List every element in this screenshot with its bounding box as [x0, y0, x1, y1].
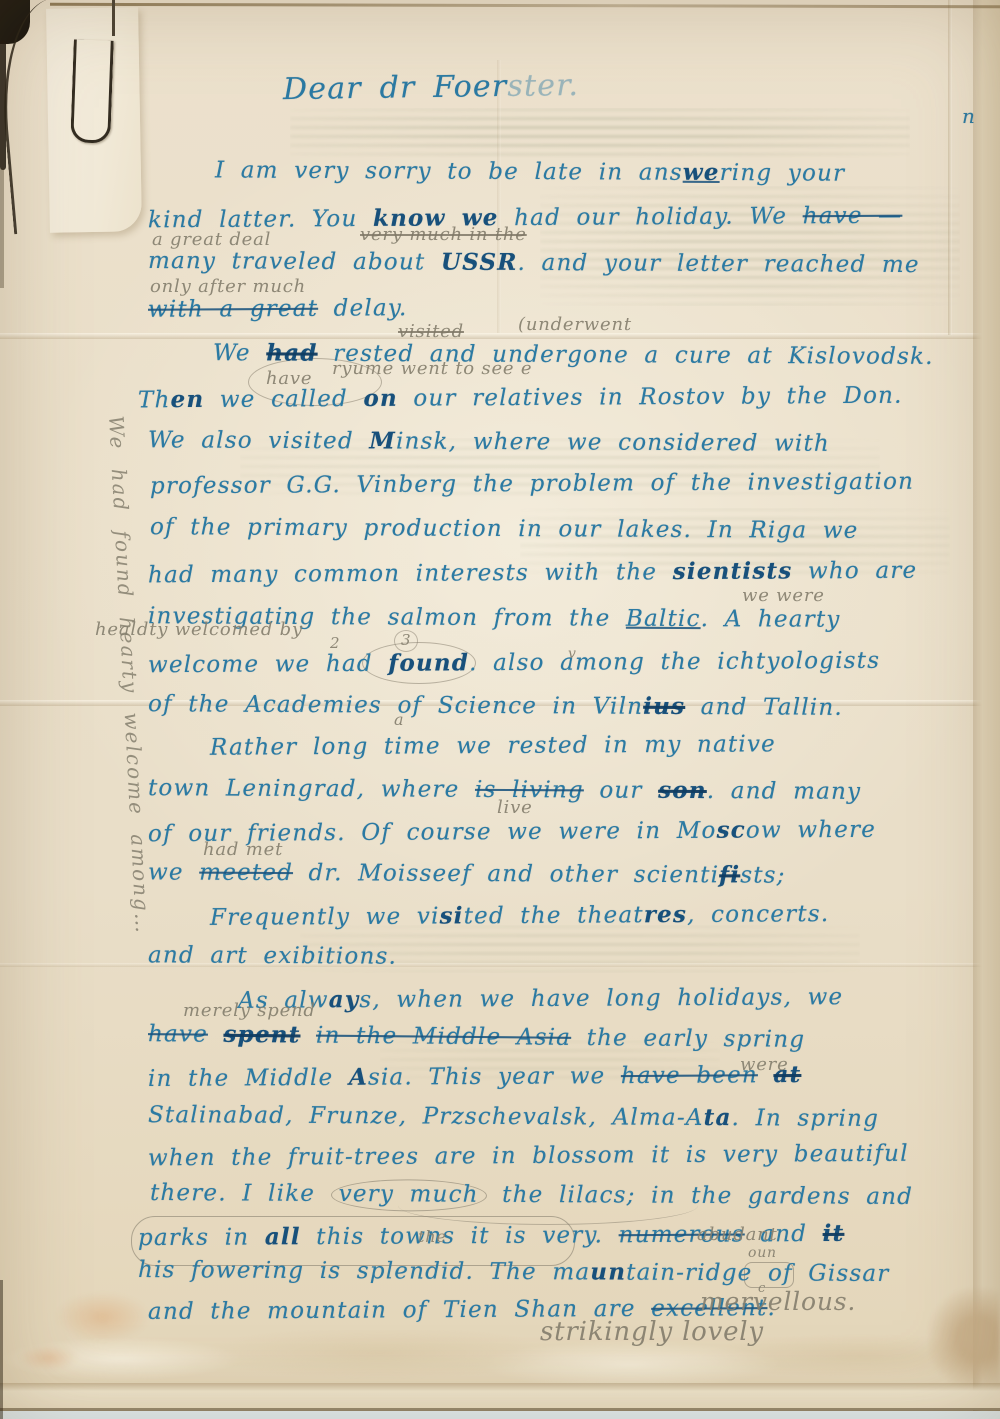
ink-line: have spent in the Middle Asia the early … — [148, 1020, 805, 1053]
pencil-note: a — [394, 710, 404, 729]
pencil-note: very much in the — [360, 224, 527, 245]
scan-edge-shadow — [0, 1280, 3, 1419]
pencil-note: (underwent — [518, 314, 632, 335]
ink-line: had many common interests with the sient… — [148, 557, 917, 589]
pencil-note: merely spend — [183, 1000, 316, 1021]
ink-line: Stalinabad, Frunze, Przschevalsk, Alma-A… — [148, 1101, 879, 1132]
pencil-note: have — [266, 368, 312, 389]
ink-line: As always, when we have long holidays, w… — [238, 983, 843, 1014]
ink-line: Dear dr Foerster. — [283, 68, 580, 107]
ink-line: with a great delay. — [148, 295, 408, 323]
pencil-note: ryume went to see e — [332, 358, 532, 379]
pencil-note: 2 — [330, 634, 340, 652]
ink-line: We had rested and undergone a cure at Ki… — [213, 339, 934, 370]
stain — [55, 1292, 150, 1342]
pencil-note: the — [418, 1227, 447, 1246]
stray-ink-mark: n — [962, 104, 976, 128]
ink-line: I am very sorry to be late in answering … — [215, 156, 845, 186]
pencil-note: strikingly lovely — [540, 1317, 764, 1347]
ink-line: when the fruit-trees are in blossom it i… — [148, 1141, 909, 1172]
pencil-note: oun — [748, 1245, 777, 1261]
stain — [18, 1345, 78, 1371]
ink-line: of the primary production in our lakes. … — [150, 514, 859, 544]
pencil-note: v — [568, 646, 577, 662]
pencil-note: healdty welcomed by — [95, 619, 303, 640]
paper-wrinkles — [0, 1330, 1000, 1388]
pencil-note: only after much — [150, 276, 306, 297]
pencil-note: visited — [398, 321, 464, 342]
ink-line: in the Middle Asia. This year we have be… — [148, 1061, 802, 1092]
ink-line: welcome we had found. also among the ich… — [148, 647, 880, 678]
ink-line: we meeted dr. Moisseef and other scienti… — [148, 858, 786, 888]
pencil-note: a great deal — [152, 229, 271, 250]
underlying-sheet-edge — [0, 1383, 1000, 1410]
stain — [928, 1288, 1000, 1390]
pencil-note: abudant — [697, 1224, 778, 1245]
ink-line: professor G.G. Vinberg the problem of th… — [150, 469, 914, 500]
ink-line: many traveled about USSR. and your lette… — [148, 247, 920, 278]
ink-line: there. I like very much the lilacs; in t… — [150, 1180, 913, 1210]
scanner-background — [0, 1411, 1000, 1419]
pencil-note: live — [497, 797, 533, 818]
ink-line: Then we called on our relatives in Rosto… — [138, 382, 903, 414]
ink-line: We also visited Minsk, where we consider… — [148, 426, 830, 457]
ink-line: Rather long time we rested in my native — [210, 731, 776, 760]
scan-edge-shadow — [0, 168, 4, 288]
ink-line: and art exibitions. — [148, 942, 397, 969]
page-right-fold — [973, 0, 1000, 1419]
pencil-note: were — [740, 1054, 789, 1075]
paperclip-icon — [70, 39, 114, 143]
paperclip-icon — [112, 0, 115, 36]
ink-line: Frequently we visited the theatres, conc… — [210, 900, 829, 931]
pencil-note: mervellous. — [700, 1287, 856, 1316]
ink-line: of the Academies of Science in Vilnius a… — [148, 690, 843, 721]
pencil-note: we were — [742, 585, 825, 606]
pencil-note: had met — [203, 839, 283, 860]
